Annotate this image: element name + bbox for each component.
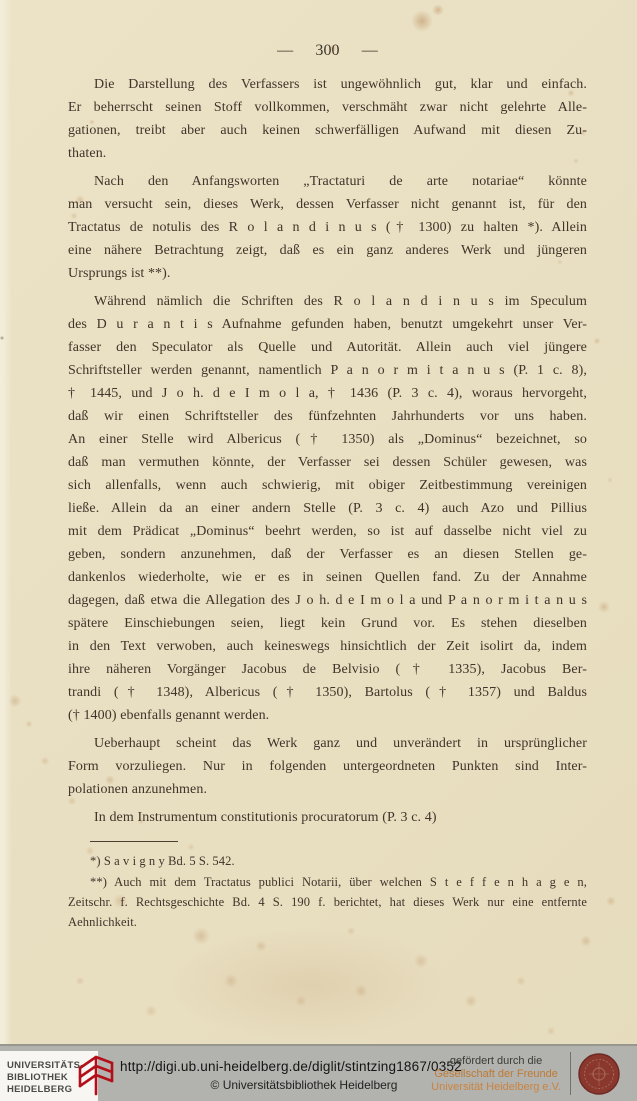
footnote: *) S a v i g n y Bd. 5 S. 542. <box>68 851 587 871</box>
text-line: Ursprungs ist **). <box>68 262 587 285</box>
text-line: Während nämlich die Schriften des R o l … <box>68 290 587 313</box>
library-books-logo-icon <box>74 1049 118 1099</box>
text-line: polationen anzunehmen. <box>68 778 587 801</box>
text-line: des D u r a n t i s Aufnahme gefunden ha… <box>68 313 587 336</box>
university-seal-icon <box>578 1053 620 1095</box>
text-line: daß man vermuthen könnte, der Verfasser … <box>68 451 587 474</box>
text-line: daß wir einen Schriftsteller des fünfzeh… <box>68 405 587 428</box>
footnote-line: Zeitschr. f. Rechtsgeschichte Bd. 4 S. 1… <box>68 892 587 912</box>
text-line: † 1445, und J o h. d e I m o l a, † 1436… <box>68 382 587 405</box>
page-number: — 300 — <box>68 42 587 60</box>
text-line: An einer Stelle wird Albericus († 1350) … <box>68 428 587 451</box>
paragraph: In dem Instrumentum constitutionis procu… <box>68 806 587 829</box>
text-line: fasser den Speculator als Quelle und Aut… <box>68 336 587 359</box>
text-line: Form vorzuliegen. Nur in folgenden unter… <box>68 755 587 778</box>
paragraph: Nach den Anfangsworten „Tractaturi de ar… <box>68 170 587 285</box>
text-line: mit dem Prädicat „Dominus“ beehrt werden… <box>68 520 587 543</box>
text-line: Er beherrscht seinen Stoff vollkommen, v… <box>68 96 587 119</box>
text-line: Nach den Anfangsworten „Tractaturi de ar… <box>68 170 587 193</box>
text-line: ließe. Allein da an einer andern Stelle … <box>68 497 587 520</box>
footnotes-section: *) S a v i g n y Bd. 5 S. 542. **) Auch … <box>68 841 587 932</box>
text-line: in den Text verwoben, auch keineswegs hi… <box>68 635 587 658</box>
funding-note: gefördert durch die Gesellschaft der Fre… <box>431 1055 561 1094</box>
paragraph: Die Darstellung des Verfassers ist ungew… <box>68 73 587 165</box>
text-line: trandi († 1348), Albericus († 1350), Bar… <box>68 681 587 704</box>
text-line: gationen, treibt aber auch keinen schwer… <box>68 119 587 142</box>
text-line: ihre näheren Vorgänger Jacobus de Belvis… <box>68 658 587 681</box>
paragraph: Ueberhaupt scheint das Werk ganz und unv… <box>68 732 587 801</box>
text-line: spätere Einschiebungen seien, liegt kein… <box>68 612 587 635</box>
text-line: Tractatus de notulis des R o l a n d i n… <box>68 216 587 239</box>
scanned-page: — 300 — Die Darstellung des Verfassers i… <box>0 0 637 1101</box>
text-line: dagegen, daß etwa die Allegation des J o… <box>68 589 587 612</box>
text-line: eine nähere Betrachtung zeigt, daß es ei… <box>68 239 587 262</box>
funding-society: Gesellschaft der Freunde <box>431 1068 561 1081</box>
text-line: dankenlos wiederholte, wie er es in sein… <box>68 566 587 589</box>
funding-line: gefördert durch die <box>431 1055 561 1068</box>
text-line: man versucht sein, dieses Werk, dessen V… <box>68 193 587 216</box>
funding-university: Universität Heidelberg e.V. <box>431 1081 561 1094</box>
text-line: Ueberhaupt scheint das Werk ganz und unv… <box>68 732 587 755</box>
text-line: Die Darstellung des Verfassers ist ungew… <box>68 73 587 96</box>
text-line: geben, sondern anzunehmen, daß der Verfa… <box>68 543 587 566</box>
paragraph: Während nämlich die Schriften des R o l … <box>68 290 587 727</box>
text-line: sich allenfalls, wenn auch schwierig, mi… <box>68 474 587 497</box>
text-line: In dem Instrumentum constitutionis procu… <box>68 806 587 829</box>
footnote-separator-rule <box>90 841 178 842</box>
text-line: Schriftsteller werden genannt, namentlic… <box>68 359 587 382</box>
footnote-line: Aehnlichkeit. <box>68 912 587 932</box>
text-line: († 1400) ebenfalls genannt werden. <box>68 704 587 727</box>
viewer-footer-bar: UNIVERSITÄTS-BIBLIOTHEKHEIDELBERG http:/… <box>0 1044 637 1101</box>
text-line: thaten. <box>68 142 587 165</box>
footer-divider <box>570 1052 571 1095</box>
footnote-line: **) Auch mit dem Tractatus publici Notar… <box>68 872 587 892</box>
footnote: **) Auch mit dem Tractatus publici Notar… <box>68 872 587 932</box>
page-content: — 300 — Die Darstellung des Verfassers i… <box>68 42 587 933</box>
footnote-line: *) S a v i g n y Bd. 5 S. 542. <box>68 851 587 871</box>
